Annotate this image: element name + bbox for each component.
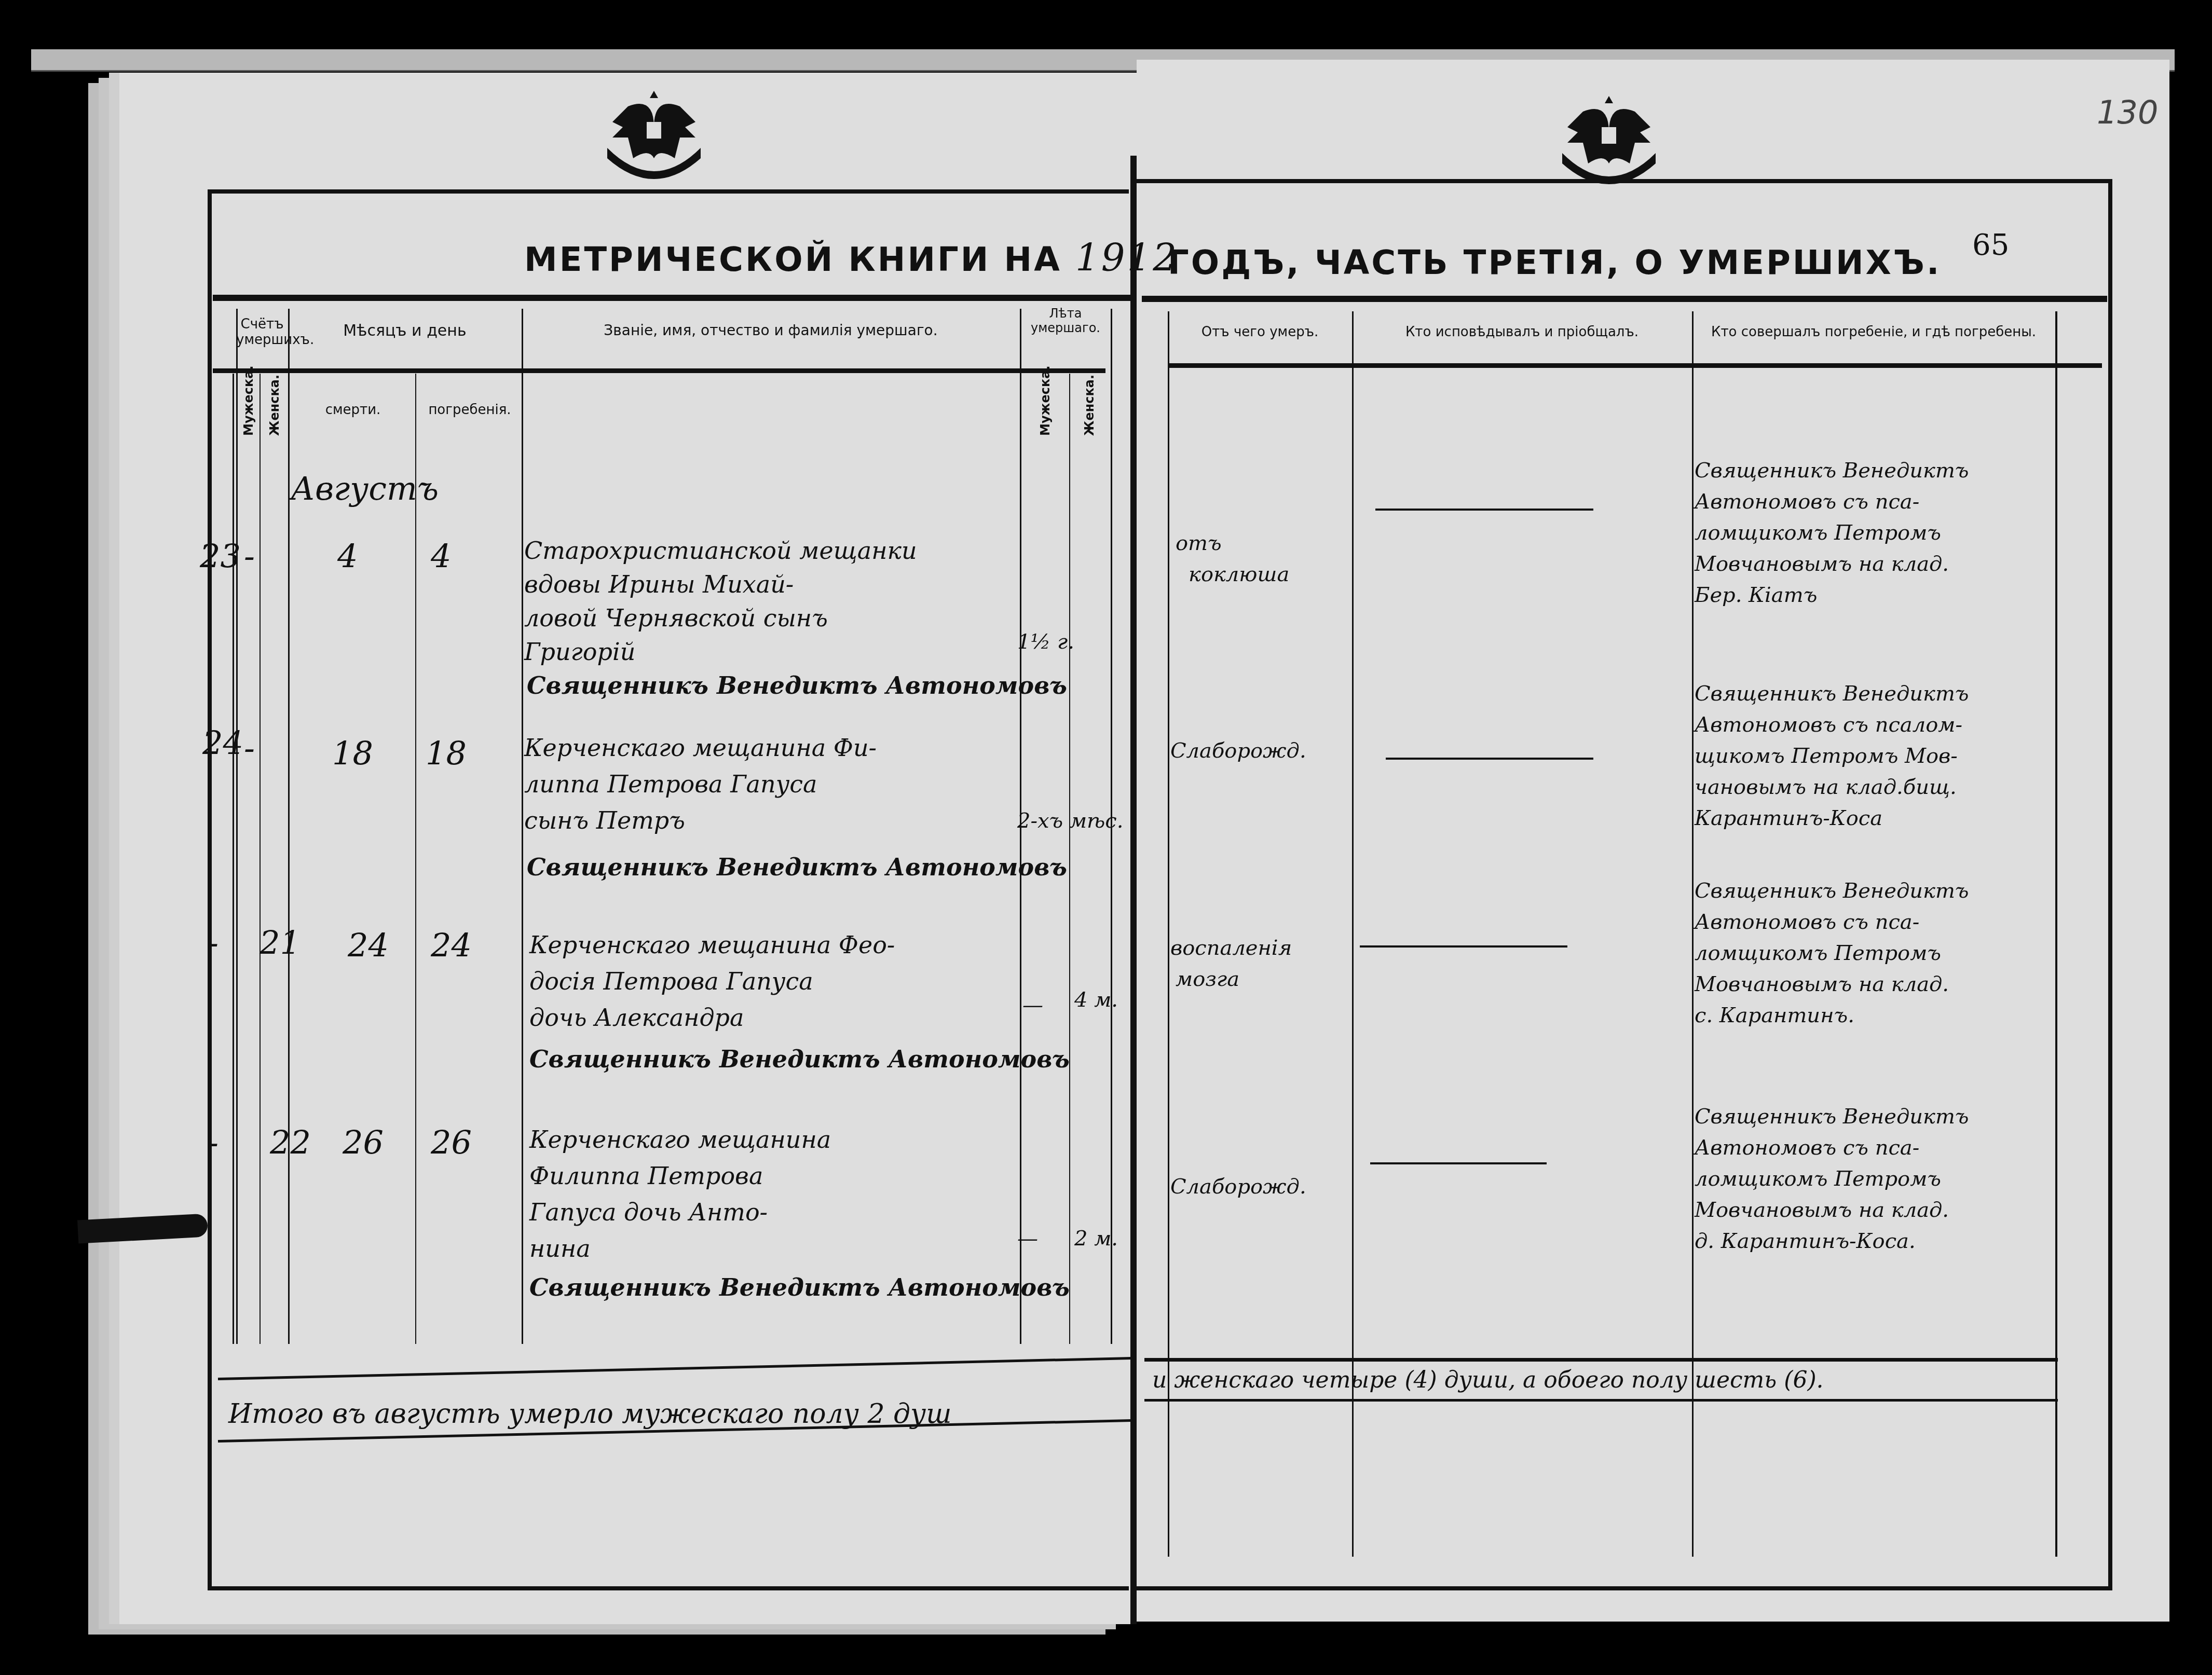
handwritten-cell: Мовчановымъ на клад. xyxy=(1695,550,1949,578)
handwritten-cell: щикомъ Петромъ Мов- xyxy=(1695,742,1958,770)
handwritten-cell: 18 xyxy=(332,732,373,775)
handwritten-cell: 26 xyxy=(343,1121,384,1164)
table-rule xyxy=(415,374,416,1344)
header-burial-by: Кто совершалъ погребеніе, и гдѣ погребен… xyxy=(1695,324,2053,340)
table-rule xyxy=(1144,1399,2058,1402)
header-month-day: Мѣсяцъ и день xyxy=(291,322,519,340)
handwritten-cell: воспаленія xyxy=(1170,934,1292,962)
handwritten-cell: Священникъ Венедиктъ xyxy=(1695,1103,1969,1131)
handwritten-cell: 24 xyxy=(348,924,389,967)
header-top-rule xyxy=(213,295,1131,301)
handwritten-cell: 1½ г. xyxy=(1017,628,1074,656)
table-rule xyxy=(1069,374,1070,1344)
confessor-dash xyxy=(1360,945,1567,948)
handwritten-cell: Автономовъ съ пса- xyxy=(1695,908,1919,936)
handwritten-cell: мозга xyxy=(1176,965,1239,993)
header-name: Званіе, имя, отчество и фамилія умершаго… xyxy=(524,322,1017,339)
handwritten-cell: ловой Чернявской сынъ xyxy=(524,602,828,634)
page-number: 65 xyxy=(1972,228,2009,262)
handwritten-cell: Мовчановымъ на клад. xyxy=(1695,970,1949,998)
table-rule xyxy=(522,309,523,1344)
handwritten-cell: Священникъ Венедиктъ xyxy=(1695,457,1969,485)
handwritten-cell: Автономовъ съ пса- xyxy=(1695,488,1919,516)
handwritten-cell: 23 xyxy=(200,534,241,578)
handwritten-cell: 4 м. xyxy=(1074,986,1118,1014)
header-mid-rule xyxy=(1168,363,2102,368)
handwritten-cell: — xyxy=(1017,1225,1038,1253)
handwritten-cell: Керченскаго мещанина Фи- xyxy=(524,732,877,764)
priest-signature: Священникъ Венедиктъ Автономовъ xyxy=(527,851,1067,883)
handwritten-cell: Гапуса дочь Анто- xyxy=(529,1196,768,1228)
header-burial-date: погребенія. xyxy=(418,402,522,418)
table-rule xyxy=(233,374,234,1344)
summary-left: Итого въ августѣ умерло мужескаго полу 2… xyxy=(228,1396,951,1432)
header-confessor: Кто исповѣдывалъ и пріобщалъ. xyxy=(1355,324,1689,340)
imperial-eagle-crest-icon xyxy=(597,86,711,179)
header-count-female: Женска. xyxy=(267,379,282,436)
handwritten-cell: Слаборожд. xyxy=(1170,1173,1306,1201)
handwritten-cell: вдовы Ирины Михай- xyxy=(524,568,794,600)
imperial-eagle-crest-icon xyxy=(1552,91,1666,184)
priest-signature: Священникъ Венедиктъ Автономовъ xyxy=(527,669,1067,702)
handwritten-cell: Автономовъ съ псалом- xyxy=(1695,711,1962,739)
folio-number: 130 xyxy=(2097,93,2158,131)
handwritten-cell: - xyxy=(208,1121,219,1164)
handwritten-cell: ломщикомъ Петромъ xyxy=(1695,939,1941,967)
handwritten-cell: - xyxy=(244,726,255,770)
register-title-right: ГОДЪ, ЧАСТЬ ТРЕТІЯ, О УМЕРШИХЪ. xyxy=(1168,244,1941,282)
month-label: Августъ xyxy=(291,467,439,511)
handwritten-cell: отъ xyxy=(1176,529,1222,557)
handwritten-cell: 4 xyxy=(431,534,451,578)
handwritten-cell: 18 xyxy=(426,732,467,775)
confessor-dash xyxy=(1386,758,1593,760)
handwritten-cell: коклюша xyxy=(1189,560,1289,588)
header-death-date: смерти. xyxy=(291,402,415,418)
header-count-male: Мужеска. xyxy=(241,379,256,436)
header-age-male: Мужеска. xyxy=(1038,379,1053,436)
handwritten-cell: Карантинъ-Коса xyxy=(1695,804,1882,832)
handwritten-cell: — xyxy=(1022,991,1043,1019)
left-table-frame xyxy=(208,189,1129,1590)
handwritten-cell: нина xyxy=(529,1232,591,1265)
handwritten-cell: Автономовъ съ пса- xyxy=(1695,1134,1919,1162)
confessor-dash xyxy=(1375,509,1593,511)
handwritten-cell: Священникъ Венедиктъ xyxy=(1695,877,1969,905)
table-rule xyxy=(236,309,238,1344)
priest-signature: Священникъ Венедиктъ Автономовъ xyxy=(529,1043,1070,1075)
handwritten-cell: дочь Александра xyxy=(529,1001,744,1034)
table-rule xyxy=(260,374,261,1344)
handwritten-cell: Керченскаго мещанина xyxy=(529,1123,831,1156)
handwritten-cell: 2 м. xyxy=(1074,1225,1118,1253)
handwritten-cell: Старохристианской мещанки xyxy=(524,534,917,567)
handwritten-cell: 26 xyxy=(431,1121,472,1164)
handwritten-cell: Григорій xyxy=(524,636,635,668)
handwritten-cell: 24 xyxy=(431,924,472,967)
handwritten-cell: - xyxy=(208,921,219,965)
header-cause: Отъ чего умеръ. xyxy=(1170,324,1349,340)
handwritten-cell: сынъ Петръ xyxy=(524,804,685,836)
table-rule xyxy=(2055,311,2057,1557)
handwritten-cell: Слаборожд. xyxy=(1170,737,1306,765)
handwritten-cell: - xyxy=(244,534,255,578)
header-mid-rule xyxy=(213,368,1105,373)
handwritten-cell: досія Петрова Гапуса xyxy=(529,965,813,997)
handwritten-cell: ломщикомъ Петромъ xyxy=(1695,1165,1941,1193)
handwritten-cell: Керченскаго мещанина Фео- xyxy=(529,929,895,961)
table-rule xyxy=(1144,1358,2058,1362)
handwritten-cell: Бер. Кіатъ xyxy=(1695,581,1817,609)
handwritten-cell: 2-хъ мѣс. xyxy=(1017,807,1123,835)
handwritten-cell: 21 xyxy=(260,921,301,965)
register-year: 1912 xyxy=(1075,236,1179,280)
handwritten-cell: 24 xyxy=(202,721,243,765)
handwritten-cell: ломщикомъ Петромъ xyxy=(1695,519,1941,547)
header-death-count: Счётъ умершихъ. xyxy=(236,317,288,348)
header-age-female: Женска. xyxy=(1082,379,1097,436)
handwritten-cell: липпа Петрова Гапуса xyxy=(524,768,817,800)
handwritten-cell: 22 xyxy=(270,1121,311,1164)
handwritten-cell: Мовчановымъ на клад. xyxy=(1695,1196,1949,1224)
book-spine xyxy=(1130,156,1137,1624)
register-title-left: МЕТРИЧЕСКОЙ КНИГИ НА 1912 xyxy=(524,236,1179,280)
handwritten-cell: Филиппа Петрова xyxy=(529,1160,763,1192)
handwritten-cell: 4 xyxy=(337,534,358,578)
handwritten-cell: чановымъ на клад.бищ. xyxy=(1695,773,1957,801)
priest-signature: Священникъ Венедиктъ Автономовъ xyxy=(529,1271,1070,1303)
header-top-rule xyxy=(1142,296,2107,302)
header-age: Лѣта умершаго. xyxy=(1021,306,1110,335)
handwritten-cell: Священникъ Венедиктъ xyxy=(1695,680,1969,708)
table-rule xyxy=(288,309,290,1344)
handwritten-cell: д. Карантинъ-Коса. xyxy=(1695,1227,1916,1255)
handwritten-cell: с. Карантинъ. xyxy=(1695,1001,1854,1029)
confessor-dash xyxy=(1370,1162,1547,1164)
summary-right: и женскаго четыре (4) души, а обоего пол… xyxy=(1152,1365,1824,1395)
